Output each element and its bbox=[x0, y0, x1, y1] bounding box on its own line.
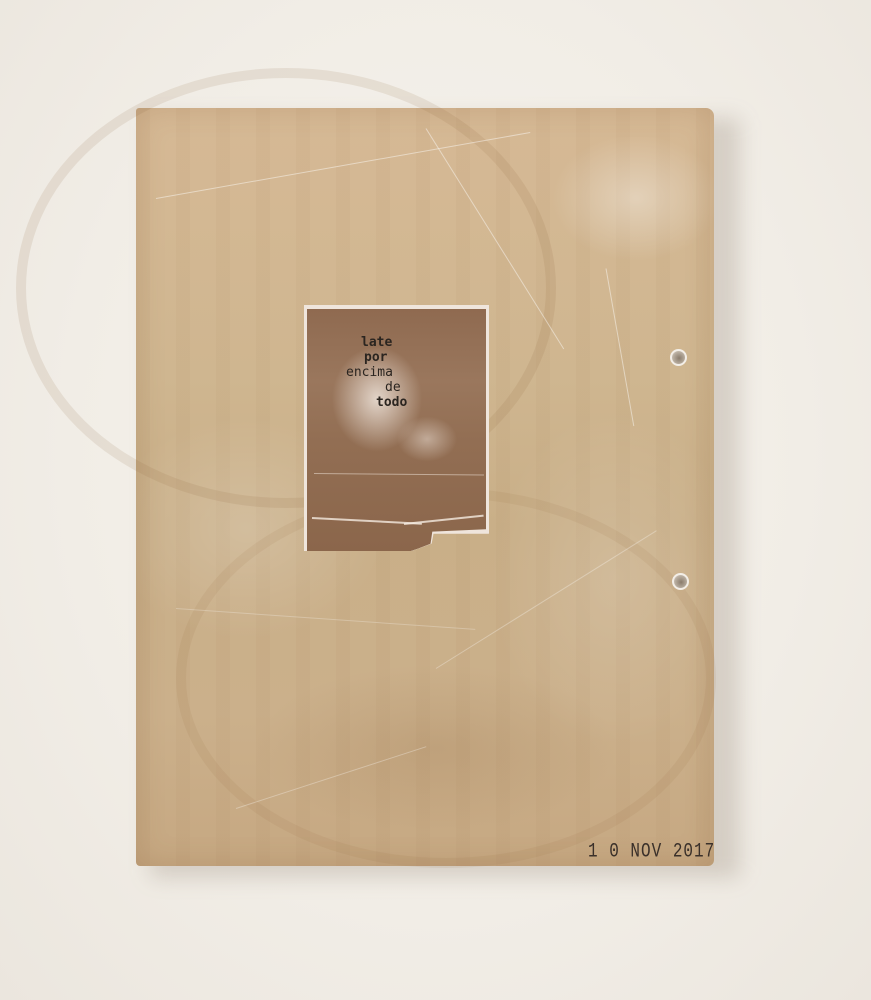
date-stamp: 1 0 NOV 2017 bbox=[588, 840, 715, 863]
typewritten-poem: late por encima de todo bbox=[304, 335, 489, 410]
stain-arc bbox=[176, 488, 716, 868]
punch-hole-bottom bbox=[672, 573, 689, 590]
crease bbox=[606, 268, 635, 426]
pasted-card: late por encima de todo bbox=[304, 305, 489, 551]
punch-hole-top bbox=[670, 349, 687, 366]
